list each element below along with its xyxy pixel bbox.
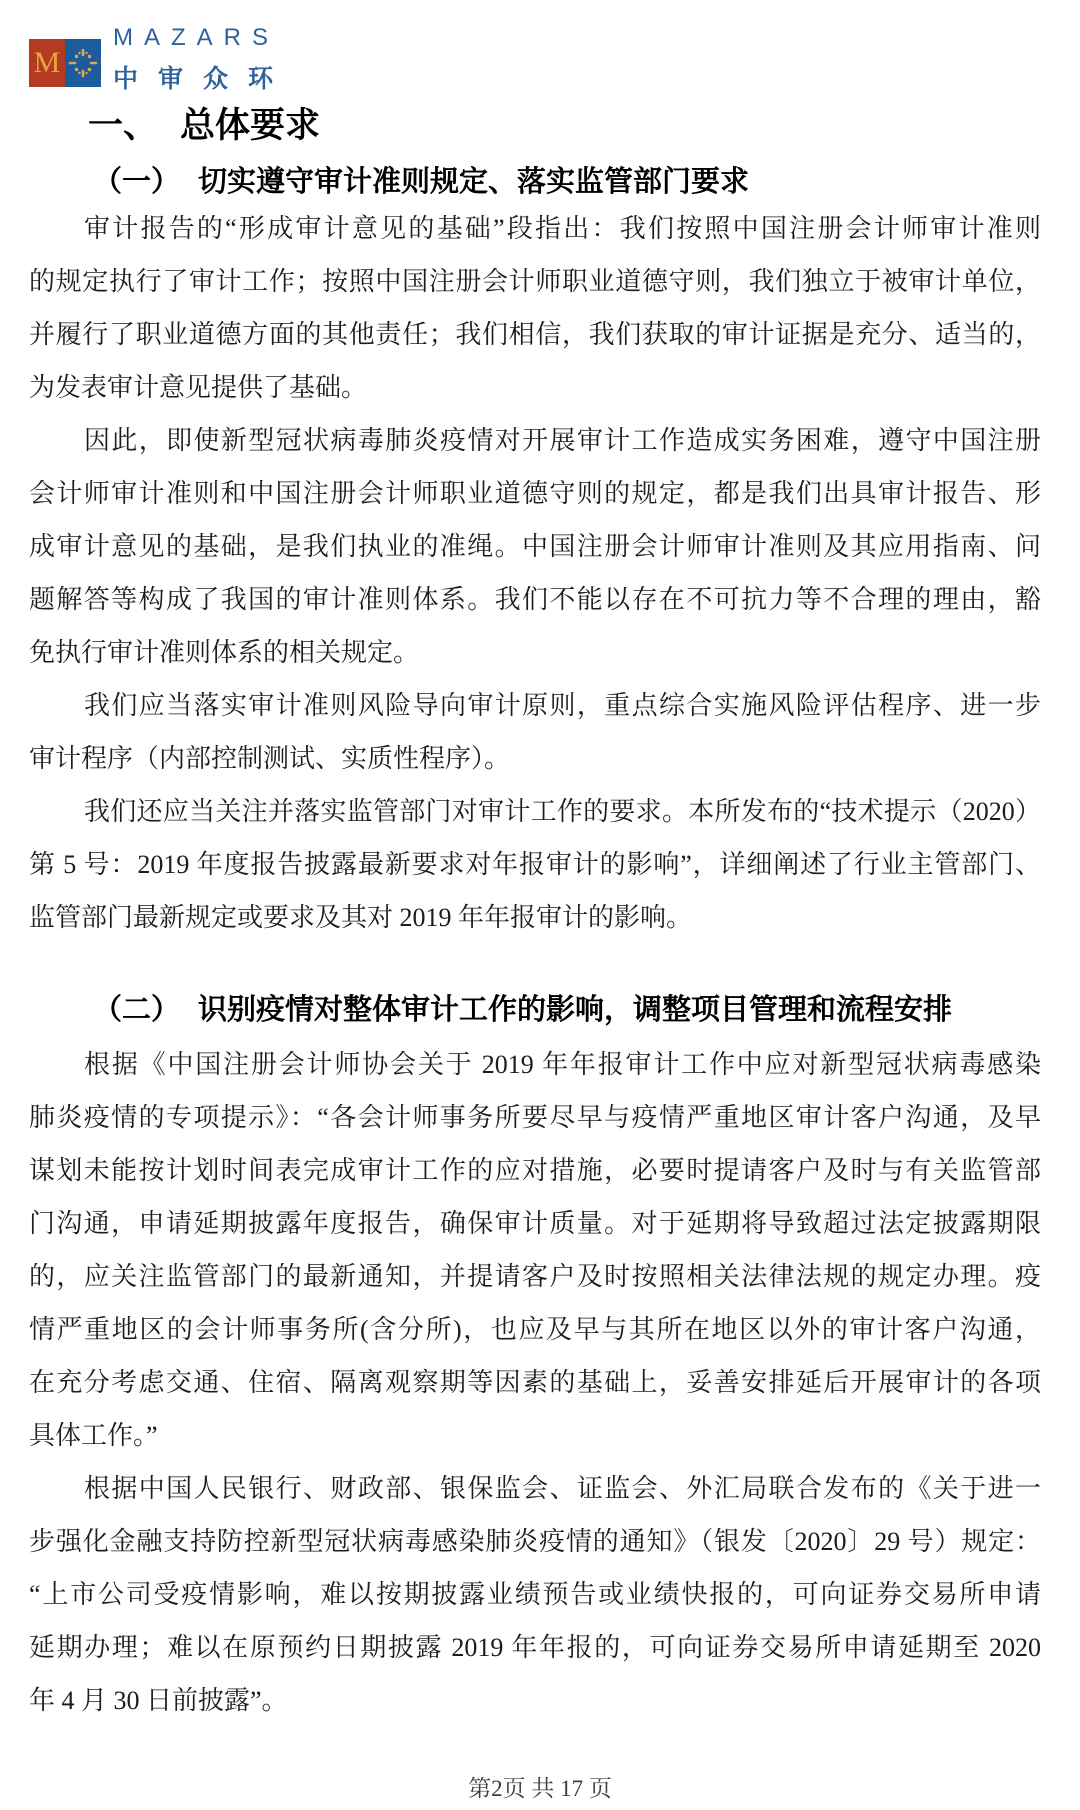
paragraph-line: 我们还应当关注并落实监管部门对审计工作的要求。本所发布的“技术提示（2020） bbox=[29, 785, 1041, 838]
paragraph: 我们应当落实审计准则风险导向审计原则，重点综合实施风险评估程序、进一步审计程序（… bbox=[29, 679, 1041, 785]
mazars-logo-mark: M bbox=[29, 39, 101, 87]
paragraph-line: 的规定执行了审计工作；按照中国注册会计师职业道德守则，我们独立于被审计单位， bbox=[29, 255, 1041, 308]
paragraph-line: 具体工作。” bbox=[29, 1409, 1041, 1462]
paragraph: 因此，即使新型冠状病毒肺炎疫情对开展审计工作造成实务困难，遵守中国注册会计师审计… bbox=[29, 414, 1041, 679]
section-2: （二）识别疫情对整体审计工作的影响，调整项目管理和流程安排 根据《中国注册会计师… bbox=[29, 990, 1041, 1727]
paragraph-line: 并履行了职业道德方面的其他责任；我们相信，我们获取的审计证据是充分、适当的， bbox=[29, 308, 1041, 361]
logo-m-square: M bbox=[29, 39, 65, 87]
paragraph-line: 为发表审计意见提供了基础。 bbox=[29, 361, 1041, 414]
brand-name: MAZARS bbox=[113, 24, 373, 52]
paragraph-line: 审计程序（内部控制测试、实质性程序）。 bbox=[29, 732, 1041, 785]
section-2-paragraphs: 根据《中国注册会计师协会关于 2019 年年报审计工作中应对新型冠状病毒感染肺炎… bbox=[29, 1038, 1041, 1727]
paragraph-line: 审计报告的“形成审计意见的基础”段指出：我们按照中国注册会计师审计准则 bbox=[29, 202, 1041, 255]
paragraph-line: 情严重地区的会计师事务所(含分所)，也应及早与其所在地区以外的审计客户沟通， bbox=[29, 1303, 1041, 1356]
paragraph-line: 我们应当落实审计准则风险导向审计原则，重点综合实施风险评估程序、进一步 bbox=[29, 679, 1041, 732]
chapter-title: 一、 总体要求 bbox=[88, 102, 1041, 150]
logo-m-letter: M bbox=[34, 48, 61, 78]
section-1-heading-text: 切实遵守审计准则规定、落实监管部门要求 bbox=[198, 166, 749, 198]
paragraph-line: 监管部门最新规定或要求及其对 2019 年年报审计的影响。 bbox=[29, 891, 1041, 944]
paragraph: 我们还应当关注并落实监管部门对审计工作的要求。本所发布的“技术提示（2020）第… bbox=[29, 785, 1041, 944]
logo-star-square bbox=[65, 39, 101, 87]
paragraph-line: 根据中国人民银行、财政部、银保监会、证监会、外汇局联合发布的《关于进一 bbox=[29, 1462, 1041, 1515]
paragraph-line: 免执行审计准则体系的相关规定。 bbox=[29, 626, 1041, 679]
section-1-label: （一） bbox=[93, 166, 180, 198]
document-page: M bbox=[0, 0, 1080, 1810]
section-2-heading: （二）识别疫情对整体审计工作的影响，调整项目管理和流程安排 bbox=[93, 990, 1041, 1030]
section-1: （一）切实遵守审计准则规定、落实监管部门要求 审计报告的“形成审计意见的基础”段… bbox=[29, 162, 1041, 944]
paragraph-line: 根据《中国注册会计师协会关于 2019 年年报审计工作中应对新型冠状病毒感染 bbox=[29, 1038, 1041, 1091]
page-number: 第2页 共 17 页 bbox=[468, 1776, 612, 1801]
paragraph-line: 谋划未能按计划时间表完成审计工作的应对措施，必要时提请客户及时与有关监管部 bbox=[29, 1144, 1041, 1197]
document-body: 一、 总体要求 （一）切实遵守审计准则规定、落实监管部门要求 审计报告的“形成审… bbox=[29, 102, 1041, 1727]
paragraph-line: 会计师审计准则和中国注册会计师职业道德守则的规定，都是我们出具审计报告、形 bbox=[29, 467, 1041, 520]
paragraph: 根据《中国注册会计师协会关于 2019 年年报审计工作中应对新型冠状病毒感染肺炎… bbox=[29, 1038, 1041, 1462]
star-circle-icon bbox=[66, 46, 100, 80]
section-2-label: （二） bbox=[93, 994, 180, 1026]
section-1-paragraphs: 审计报告的“形成审计意见的基础”段指出：我们按照中国注册会计师审计准则的规定执行… bbox=[29, 202, 1041, 944]
paragraph-line: 年 4 月 30 日前披露”。 bbox=[29, 1674, 1041, 1727]
paragraph-line: 题解答等构成了我国的审计准则体系。我们不能以存在不可抗力等不合理的理由，豁 bbox=[29, 573, 1041, 626]
brand-name-chinese: 中审众环 bbox=[113, 59, 373, 95]
paragraph-line: 的，应关注监管部门的最新通知，并提请客户及时按照相关法律法规的规定办理。疫 bbox=[29, 1250, 1041, 1303]
paragraph-line: 在充分考虑交通、住宿、隔离观察期等因素的基础上，妥善安排延后开展审计的各项 bbox=[29, 1356, 1041, 1409]
paragraph: 审计报告的“形成审计意见的基础”段指出：我们按照中国注册会计师审计准则的规定执行… bbox=[29, 202, 1041, 414]
paragraph-line: 门沟通，申请延期披露年度报告，确保审计质量。对于延期将导致超过法定披露期限 bbox=[29, 1197, 1041, 1250]
chapter-title-text: 总体要求 bbox=[180, 102, 320, 150]
paragraph-line: 因此，即使新型冠状病毒肺炎疫情对开展审计工作造成实务困难，遵守中国注册 bbox=[29, 414, 1041, 467]
logo-wordmark: MAZARS 中审众环 bbox=[113, 24, 373, 95]
paragraph-line: 延期办理；难以在原预约日期披露 2019 年年报的，可向证券交易所申请延期至 2… bbox=[29, 1621, 1041, 1674]
paragraph-line: 成审计意见的基础，是我们执业的准绳。中国注册会计师审计准则及其应用指南、问 bbox=[29, 520, 1041, 573]
paragraph: 根据中国人民银行、财政部、银保监会、证监会、外汇局联合发布的《关于进一步强化金融… bbox=[29, 1462, 1041, 1727]
page-footer: 第2页 共 17 页 bbox=[0, 1770, 1080, 1803]
paragraph-line: 肺炎疫情的专项提示》：“各会计师事务所要尽早与疫情严重地区审计客户沟通，及早 bbox=[29, 1091, 1041, 1144]
chapter-number: 一、 bbox=[88, 102, 180, 150]
paragraph-line: “上市公司受疫情影响，难以按期披露业绩预告或业绩快报的，可向证券交易所申请 bbox=[29, 1568, 1041, 1621]
paragraph-line: 步强化金融支持防控新型冠状病毒感染肺炎疫情的通知》（银发〔2020〕29 号）规… bbox=[29, 1515, 1041, 1568]
paragraph-line: 第 5 号：2019 年度报告披露最新要求对年报审计的影响”，详细阐述了行业主管… bbox=[29, 838, 1041, 891]
section-2-heading-text: 识别疫情对整体审计工作的影响，调整项目管理和流程安排 bbox=[198, 994, 952, 1026]
section-1-heading: （一）切实遵守审计准则规定、落实监管部门要求 bbox=[93, 162, 1041, 202]
